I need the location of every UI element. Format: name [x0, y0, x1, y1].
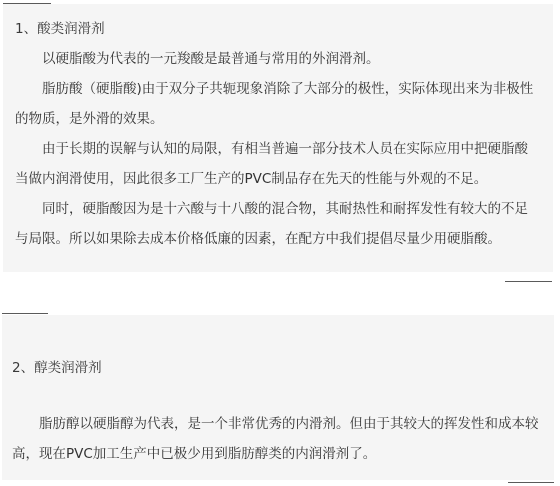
- bottom-right-divider: [508, 482, 554, 483]
- paragraph: 以硬脂酸为代表的一元羧酸是最普通与常用的外润滑剂。: [15, 44, 553, 74]
- top-left-divider: [2, 313, 48, 314]
- section-heading: 1、酸类润滑剂: [15, 14, 553, 44]
- paragraph: 脂肪酸（硬脂酸)由于双分子共轭现象消除了大部分的极性，实际体现出来为非极性的物质…: [15, 74, 553, 134]
- article-page: 1、酸类润滑剂 以硬脂酸为代表的一元羧酸是最普通与常用的外润滑剂。 脂肪酸（硬脂…: [0, 0, 560, 486]
- paragraph: 脂肪醇以硬脂醇为代表，是一个非常优秀的内滑剂。但由于其较大的挥发性和成本较高，现…: [12, 409, 542, 469]
- section-alcohol-lubricants: 2、醇类润滑剂 脂肪醇以硬脂醇为代表，是一个非常优秀的内滑剂。但由于其较大的挥发…: [2, 315, 554, 480]
- section-acid-lubricants: 1、酸类润滑剂 以硬脂酸为代表的一元羧酸是最普通与常用的外润滑剂。 脂肪酸（硬脂…: [3, 4, 553, 272]
- bottom-right-divider: [505, 281, 552, 282]
- paragraph: 由于长期的误解与认知的局限，有相当普遍一部分技术人员在实际应用中把硬脂酸当做内润…: [15, 134, 553, 194]
- paragraph: 同时，硬脂酸因为是十六酸与十八酸的混合物，其耐热性和耐挥发性有较大的不足与局限。…: [15, 194, 553, 254]
- section-heading: 2、醇类润滑剂: [12, 353, 542, 383]
